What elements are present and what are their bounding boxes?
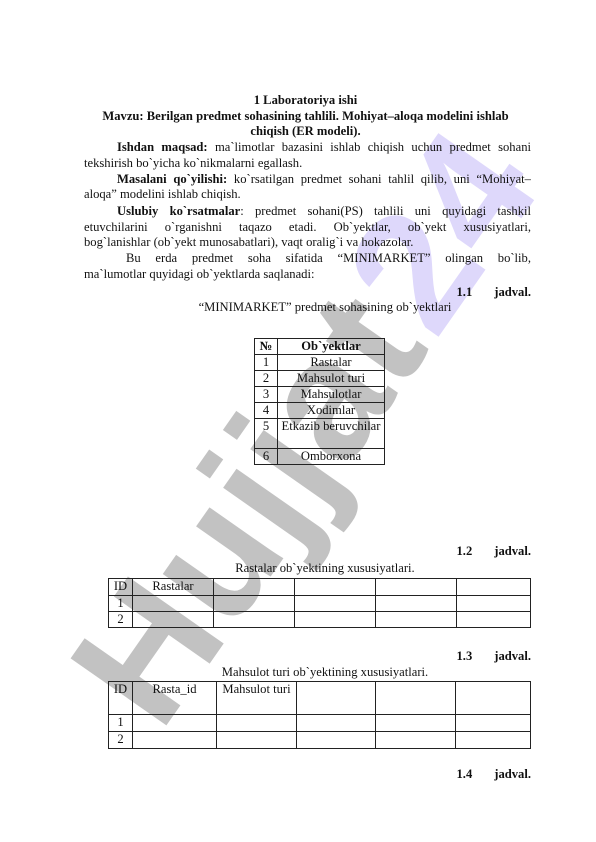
cell bbox=[376, 612, 457, 628]
col-header-number: № bbox=[255, 339, 278, 355]
cell bbox=[457, 612, 531, 628]
cell bbox=[133, 596, 214, 612]
task-label: Masalani qo`yilishi: bbox=[117, 172, 227, 186]
cell: 1 bbox=[109, 596, 133, 612]
cell: Rastalar bbox=[278, 355, 385, 371]
table3-caption: Mahsulot turi ob`yektining xususiyatlari… bbox=[120, 664, 530, 680]
col-header: ID bbox=[109, 579, 133, 596]
mahsulot-turi-table: ID Rasta_id Mahsulot turi 1 2 bbox=[108, 681, 531, 749]
cell bbox=[133, 732, 217, 749]
table-row: 5Etkazib beruvchilar bbox=[255, 419, 385, 449]
topic-line-2: chiqish (ER modeli). bbox=[80, 123, 531, 139]
table-row: 3Mahsulotlar bbox=[255, 387, 385, 403]
topic-line-1: Mavzu: Berilgan predmet sohasining tahli… bbox=[80, 108, 531, 124]
goal-label: Ishdan maqsad: bbox=[117, 140, 208, 154]
intro-line-2: ma`lumotlar quyidagi ob`yektlarda saqlan… bbox=[84, 266, 314, 282]
goal-text-1: ma`limotlar bazasini ishlab chiqish uchu… bbox=[208, 140, 531, 154]
col-header: Rasta_id bbox=[133, 682, 217, 715]
table1-label: 1.1jadval. bbox=[457, 284, 532, 300]
cell: 1 bbox=[109, 715, 133, 732]
table1-word: jadval bbox=[494, 285, 528, 299]
task-paragraph-line-1: Masalani qo`yilishi: ko`rsatilgan predme… bbox=[84, 171, 531, 187]
document-page: Hujjat 24 1 Laboratoriya ishi Mavzu: Ber… bbox=[0, 0, 596, 842]
table4-number: 1.4 bbox=[457, 766, 473, 782]
table2-number: 1.2 bbox=[457, 543, 473, 559]
cell: 2 bbox=[109, 612, 133, 628]
cell bbox=[217, 715, 297, 732]
table-row: 4Xodimlar bbox=[255, 403, 385, 419]
table1-caption: “MINIMARKET” predmet sohasining ob`yektl… bbox=[120, 299, 530, 315]
table2-caption: Rastalar ob`yektining xususiyatlari. bbox=[120, 560, 530, 576]
col-header: ID bbox=[109, 682, 133, 715]
cell bbox=[456, 715, 531, 732]
task-paragraph-line-2: aloqa” modelini ishlab chiqish. bbox=[84, 186, 241, 202]
col-header: Rastalar bbox=[133, 579, 214, 596]
cell bbox=[214, 612, 295, 628]
cell bbox=[295, 596, 376, 612]
table1-number: 1.1 bbox=[457, 284, 473, 300]
table3-label: 1.3jadval. bbox=[457, 648, 532, 664]
cell bbox=[457, 596, 531, 612]
col-header bbox=[214, 579, 295, 596]
cell bbox=[214, 596, 295, 612]
method-paragraph-line-2: etuvchilarini o`rganishni taqazo etadi. … bbox=[84, 219, 531, 235]
intro-line-1: Bu erda predmet soha sifatida “MINIMARKE… bbox=[126, 250, 531, 266]
cell bbox=[133, 715, 217, 732]
table2-label: 1.2jadval. bbox=[457, 543, 532, 559]
table2-word: jadval bbox=[494, 544, 528, 558]
table4-word: jadval bbox=[494, 767, 528, 781]
table-row: 2Mahsulot turi bbox=[255, 371, 385, 387]
cell: 2 bbox=[255, 371, 278, 387]
task-text-1: ko`rsatilgan predmet sohani tahlil qilib… bbox=[227, 172, 531, 186]
cell bbox=[456, 732, 531, 749]
col-header bbox=[297, 682, 376, 715]
cell: 5 bbox=[255, 419, 278, 449]
col-header bbox=[456, 682, 531, 715]
table-row: 2 bbox=[109, 612, 531, 628]
cell bbox=[376, 596, 457, 612]
cell: 6 bbox=[255, 449, 278, 465]
cell bbox=[133, 612, 214, 628]
cell bbox=[295, 612, 376, 628]
col-header bbox=[376, 579, 457, 596]
table3-number: 1.3 bbox=[457, 648, 473, 664]
objects-table: № Ob`yektlar 1Rastalar 2Mahsulot turi 3M… bbox=[254, 338, 385, 465]
table3-word: jadval bbox=[494, 649, 528, 663]
table-row: 2 bbox=[109, 732, 531, 749]
cell bbox=[376, 715, 456, 732]
cell: Mahsulotlar bbox=[278, 387, 385, 403]
method-text-1: : predmet sohani(PS) tahlili uni quyidag… bbox=[240, 204, 531, 218]
method-paragraph-line-1: Uslubiy ko`rsatmalar: predmet sohani(PS)… bbox=[84, 203, 531, 219]
cell: 4 bbox=[255, 403, 278, 419]
cell: 3 bbox=[255, 387, 278, 403]
method-label: Uslubiy ko`rsatmalar bbox=[117, 204, 240, 218]
col-header bbox=[376, 682, 456, 715]
cell bbox=[376, 732, 456, 749]
table-row: 6Omborxona bbox=[255, 449, 385, 465]
col-header: Mahsulot turi bbox=[217, 682, 297, 715]
goal-paragraph-line-2: tekshirish bo`yicha ko`nikmalarni egalla… bbox=[84, 155, 302, 171]
col-header bbox=[295, 579, 376, 596]
cell bbox=[297, 715, 376, 732]
col-header-objects: Ob`yektlar bbox=[278, 339, 385, 355]
table4-label: 1.4jadval. bbox=[457, 766, 532, 782]
table-row: 1 bbox=[109, 715, 531, 732]
table-row: 1Rastalar bbox=[255, 355, 385, 371]
cell bbox=[297, 732, 376, 749]
cell: 2 bbox=[109, 732, 133, 749]
table-row: 1 bbox=[109, 596, 531, 612]
cell: Omborxona bbox=[278, 449, 385, 465]
rastalar-table: ID Rastalar 1 2 bbox=[108, 578, 531, 628]
lab-title: 1 Laboratoriya ishi bbox=[80, 92, 531, 108]
method-paragraph-line-3: bog`lanishlar (ob`yekt munosabatlari), v… bbox=[84, 234, 413, 250]
cell: Mahsulot turi bbox=[278, 371, 385, 387]
cell: Xodimlar bbox=[278, 403, 385, 419]
cell bbox=[217, 732, 297, 749]
goal-paragraph-line-1: Ishdan maqsad: ma`limotlar bazasini ishl… bbox=[84, 139, 531, 155]
cell: 1 bbox=[255, 355, 278, 371]
col-header bbox=[457, 579, 531, 596]
cell: Etkazib beruvchilar bbox=[278, 419, 385, 449]
